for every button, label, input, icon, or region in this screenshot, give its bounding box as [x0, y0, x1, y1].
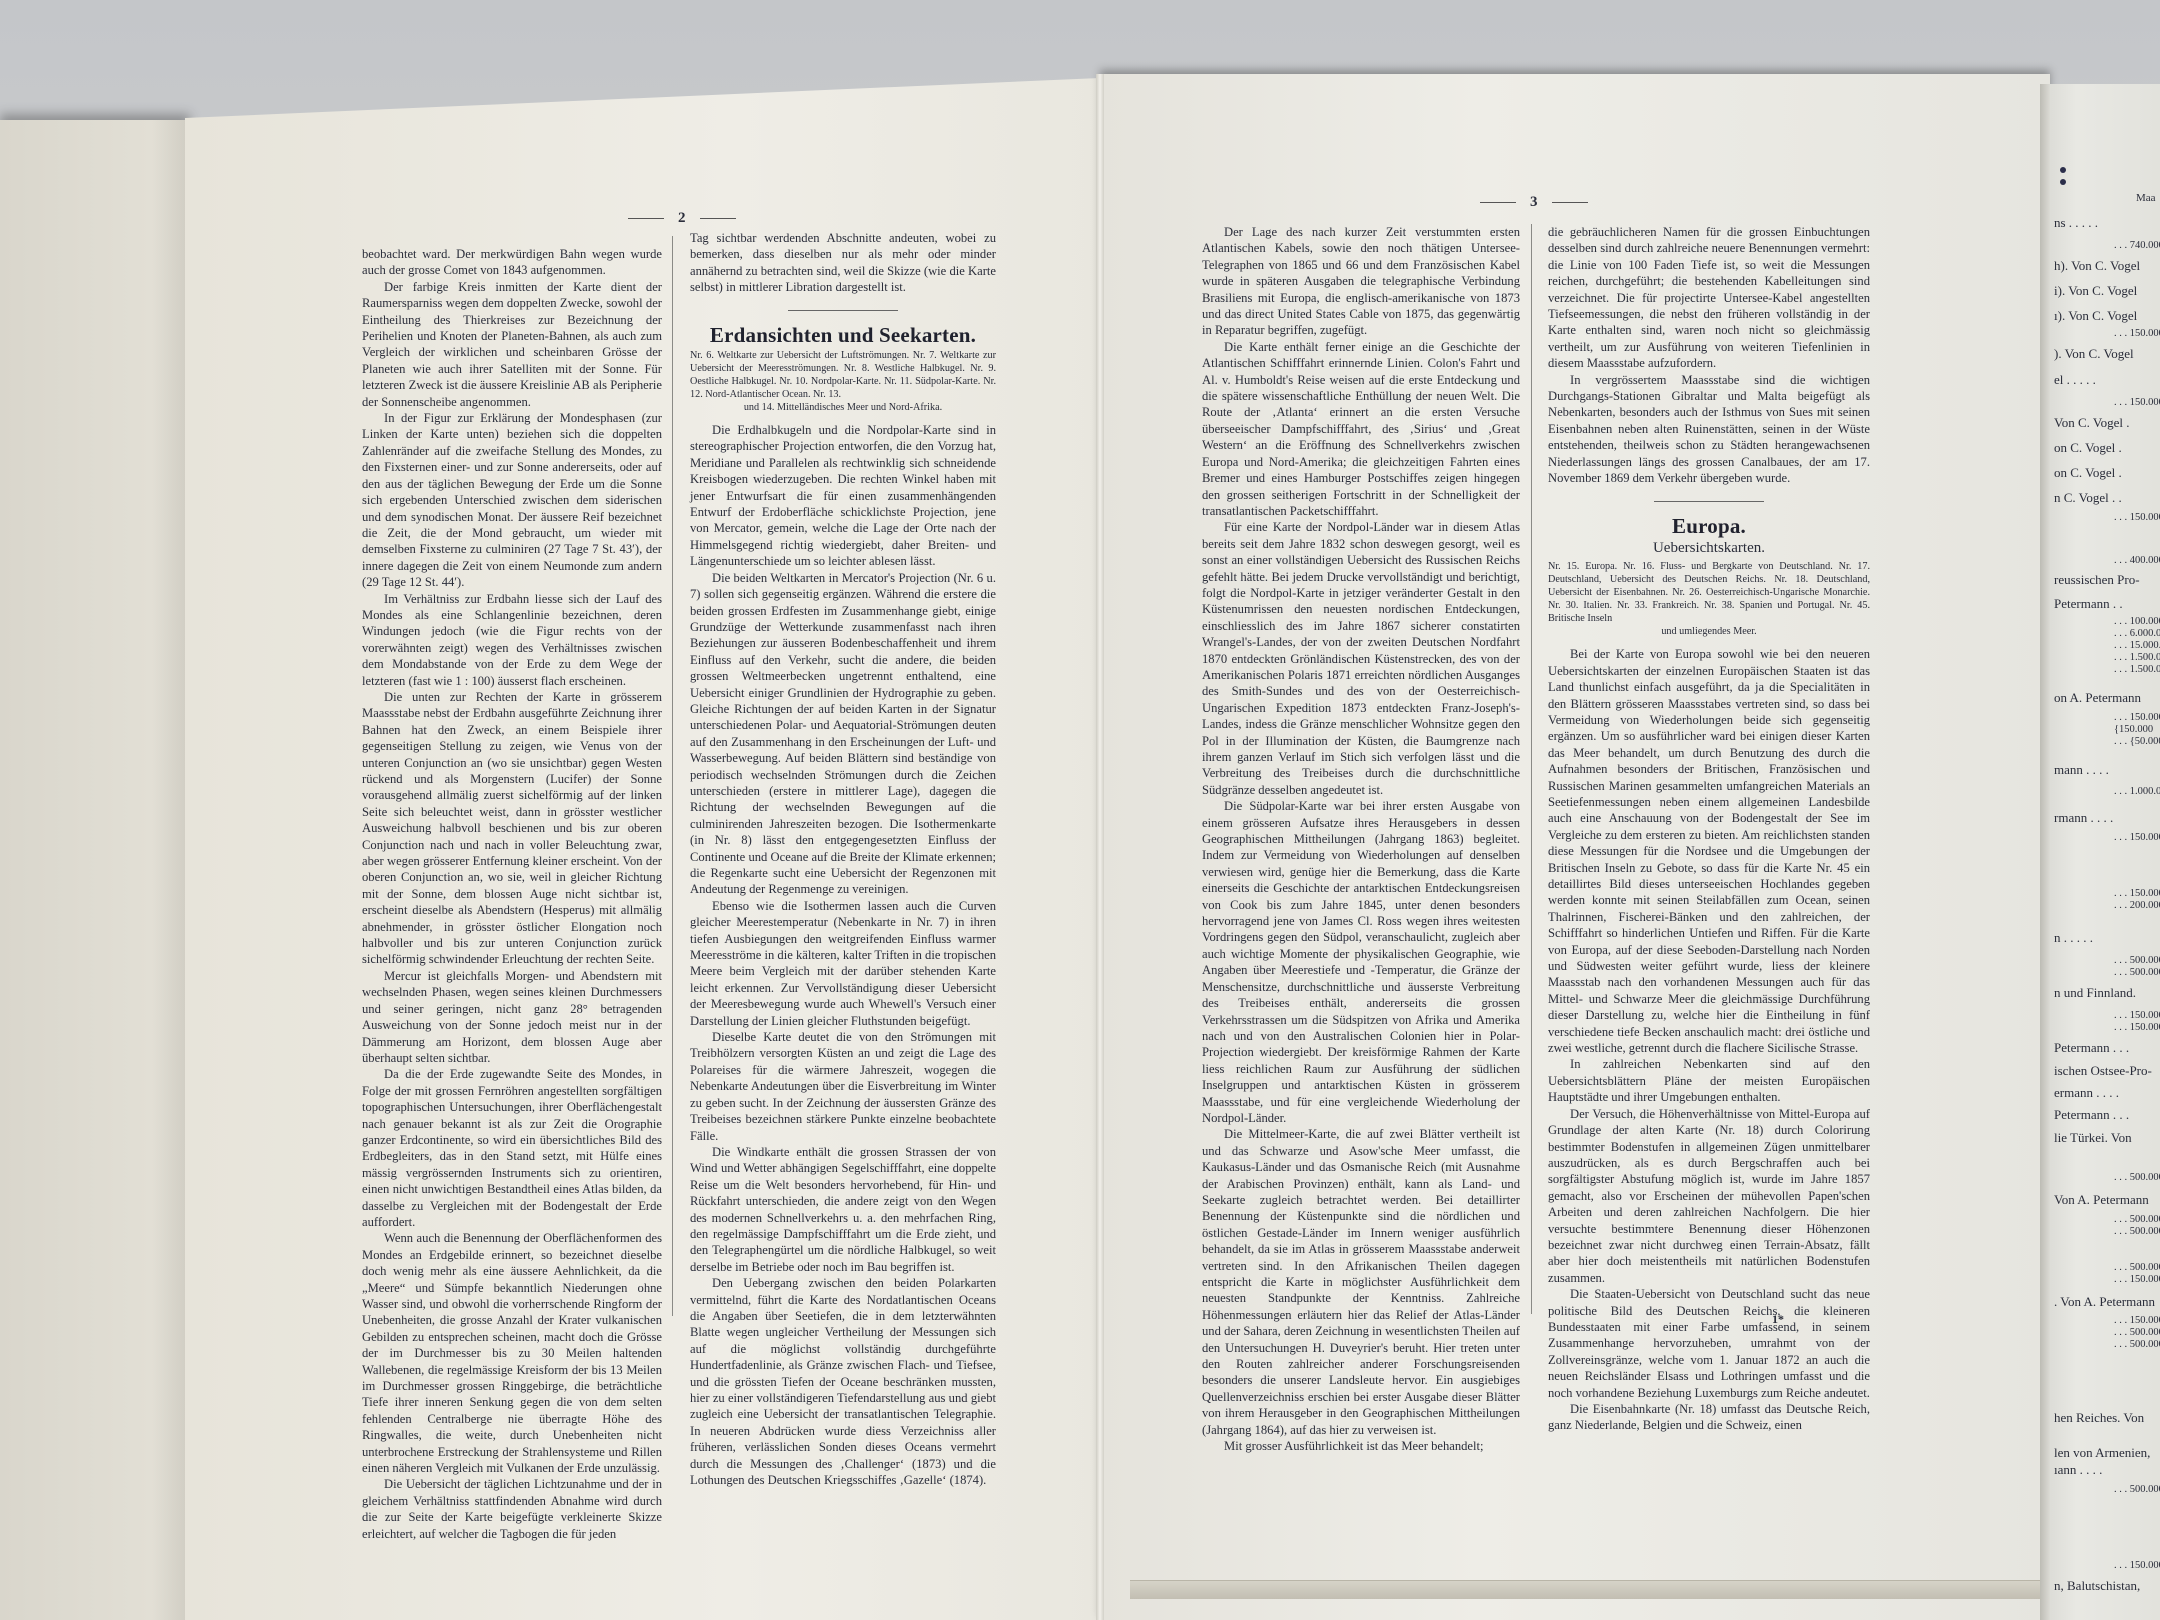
- next-page-strip: Maa ns . . . . .. . . 740.000h). Von C. …: [2040, 84, 2160, 1620]
- strip-text-line: on C. Vogel .: [2054, 465, 2122, 481]
- book-cover-edge: [0, 120, 190, 1620]
- strip-text-line: ns . . . . .: [2054, 215, 2098, 231]
- column-lead-text: Tag sichtbar werdenden Abschnitte andeut…: [690, 230, 996, 296]
- paragraph: Mit grosser Ausführlichkeit ist das Meer…: [1202, 1438, 1520, 1454]
- strip-text-line: . . . 150.000: [2114, 1010, 2160, 1021]
- section-rule: [1654, 501, 1764, 502]
- left-page-column-2: Tag sichtbar werdenden Abschnitte andeut…: [690, 230, 996, 1488]
- paragraph: Wenn auch die Benennung der Oberflächenf…: [362, 1230, 662, 1476]
- paragraph: Im Verhältniss zur Erdbahn liesse sich d…: [362, 591, 662, 689]
- paragraph: Die Eisenbahnkarte (Nr. 18) umfasst das …: [1548, 1401, 1870, 1434]
- column-divider: [672, 236, 673, 1316]
- strip-text-line: . . . 150.000: [2114, 888, 2160, 899]
- strip-text-line: mann . . . .: [2054, 762, 2109, 778]
- strip-text-line: lie Türkei. Von: [2054, 1130, 2132, 1146]
- column-divider: [1531, 224, 1532, 1314]
- section-title-erdansichten: Erdansichten und Seekarten.: [690, 327, 996, 343]
- printer-signature-mark: 1*: [1772, 1312, 1784, 1327]
- strip-text-line: ischen Ostsee-Pro-: [2054, 1063, 2152, 1079]
- paragraph: In zahlreichen Nebenkarten sind auf den …: [1548, 1056, 1870, 1105]
- paragraph: Die beiden Weltkarten in Mercator's Proj…: [690, 570, 996, 898]
- paragraph: Ebenso wie die Isothermen lassen auch di…: [690, 898, 996, 1029]
- strip-text-line: hen Reiches. Von: [2054, 1410, 2144, 1426]
- strip-text-line: Von C. Vogel .: [2054, 415, 2130, 431]
- strip-text-line: . . . 150.000: [2114, 1315, 2160, 1326]
- strip-text-line: . . . 150.000: [2114, 1022, 2160, 1033]
- strip-text-line: . . . 500.000: [2114, 1172, 2160, 1183]
- strip-text-line: ). Von C. Vogel: [2054, 346, 2134, 362]
- paragraph: Bei der Karte von Europa sowohl wie bei …: [1548, 646, 1870, 1056]
- paragraph: Die Erdhalbkugeln und die Nordpolar-Kart…: [690, 422, 996, 570]
- paragraph: Die Windkarte enthält die grossen Strass…: [690, 1144, 996, 1275]
- paragraph: Die Staaten-Uebersicht von Deutschland s…: [1548, 1286, 1870, 1401]
- right-page-folio: 3: [1480, 194, 1588, 211]
- strip-text-line: . . . 150.000: [2114, 1560, 2160, 1571]
- left-page-folio: 2: [628, 210, 736, 227]
- strip-text-line: n . . . . .: [2054, 930, 2093, 946]
- paragraph: Mercur ist gleichfalls Morgen- und Abend…: [362, 968, 662, 1066]
- strip-text-line: i). Von C. Vogel: [2054, 283, 2137, 299]
- strip-text-line: . . . 150.000: [2114, 512, 2160, 523]
- strip-text-line: . . . 150.000: [2114, 1274, 2160, 1285]
- section-rule: [788, 310, 898, 311]
- column-paragraphs: Bei der Karte von Europa sowohl wie bei …: [1548, 646, 1870, 1434]
- paragraph: Da die der Erde zugewandte Seite des Mon…: [362, 1066, 662, 1230]
- right-page-column-1: Der Lage des nach kurzer Zeit verstummte…: [1202, 224, 1520, 1454]
- paragraph: Der Versuch, die Höhenverhältnisse von M…: [1548, 1106, 1870, 1286]
- folio-rule: [1552, 202, 1588, 203]
- strip-text-line: . . . 500.000: [2114, 1339, 2160, 1350]
- paragraph: Die unten zur Rechten der Karte in gröss…: [362, 689, 662, 968]
- strip-text-line: ıann . . . .: [2054, 1462, 2102, 1478]
- strip-text-line: . . . 400.000: [2114, 555, 2160, 566]
- strip-text-line: . . . 200.000: [2114, 900, 2160, 911]
- strip-text-line: rmann . . . .: [2054, 810, 2113, 826]
- strip-text-line: Von A. Petermann: [2054, 1192, 2149, 1208]
- left-page-column-1: beobachtet ward. Der merkwürdigen Bahn w…: [362, 246, 662, 1542]
- strip-text-line: ermann . . . .: [2054, 1085, 2119, 1101]
- strip-text-line: reussischen Pro-: [2054, 572, 2140, 588]
- bullet-mark: [2060, 179, 2066, 185]
- strip-text-line: . . . 150.000: [2114, 832, 2160, 843]
- strip-text-line: . . . {50.000: [2114, 736, 2160, 747]
- strip-text-line: . . . 500.000: [2114, 1226, 2160, 1237]
- strip-text-line: . . . 150.000: [2114, 712, 2160, 723]
- strip-header: Maa: [2136, 192, 2156, 204]
- strip-text-line: . . . 1.000.000: [2114, 786, 2160, 797]
- paragraph: Dieselbe Karte deutet die von den Strömu…: [690, 1029, 996, 1144]
- folio-rule: [1480, 202, 1516, 203]
- paragraph: beobachtet ward. Der merkwürdigen Bahn w…: [362, 246, 662, 279]
- strip-text-line: n, Balutschistan,: [2054, 1578, 2140, 1594]
- strip-text-line: on C. Vogel .: [2054, 440, 2122, 456]
- strip-text-line: . . . 500.000: [2114, 1214, 2160, 1225]
- map-list: Nr. 6. Weltkarte zur Uebersicht der Luft…: [690, 349, 996, 414]
- strip-text-line: . . . 500.000: [2114, 1262, 2160, 1273]
- map-list: Nr. 15. Europa. Nr. 16. Fluss- und Bergk…: [1548, 560, 1870, 638]
- strip-text-line: n C. Vogel . .: [2054, 490, 2122, 506]
- map-list-text: Nr. 15. Europa. Nr. 16. Fluss- und Bergk…: [1548, 561, 1870, 624]
- paragraph: Die Südpolar-Karte war bei ihrer ersten …: [1202, 798, 1520, 1126]
- paragraph: Die Uebersicht der täglichen Lichtzunahm…: [362, 1476, 662, 1542]
- paragraph: Der Lage des nach kurzer Zeit verstummte…: [1202, 224, 1520, 339]
- folio-rule: [628, 218, 664, 219]
- strip-text-line: . . . 500.000: [2114, 1327, 2160, 1338]
- strip-text-line: . . . 6.000.000: [2114, 628, 2160, 639]
- strip-text-line: el . . . . .: [2054, 372, 2096, 388]
- strip-text-line: . Von A. Petermann: [2054, 1294, 2155, 1310]
- column-lead-text: die gebräuchlicheren Namen für die gross…: [1548, 224, 1870, 372]
- folio-rule: [700, 218, 736, 219]
- strip-text-line: Petermann . . .: [2054, 1040, 2129, 1056]
- strip-text-line: Petermann . . .: [2054, 1107, 2129, 1123]
- paragraph: Den Uebergang zwischen den beiden Polark…: [690, 1275, 996, 1488]
- right-folio-number: 3: [1530, 194, 1538, 211]
- strip-text-line: . . . 500.000: [2114, 967, 2160, 978]
- page-stack-bottom-edge: [1130, 1580, 2040, 1599]
- strip-text-line: . . . 1.500.000: [2114, 664, 2160, 675]
- section-subtitle: Uebersichtskarten.: [1548, 540, 1870, 556]
- strip-text-line: h). Von C. Vogel: [2054, 258, 2140, 274]
- strip-text-line: . . . 100.000: [2114, 616, 2160, 627]
- paragraph: Der farbige Kreis inmitten der Karte die…: [362, 279, 662, 410]
- strip-text-line: on A. Petermann: [2054, 690, 2141, 706]
- paragraph: Die Karte enthält ferner einige an die G…: [1202, 339, 1520, 519]
- map-list-last: und umliegendes Meer.: [1548, 625, 1870, 638]
- strip-text-line: . . . 740.000: [2114, 240, 2160, 251]
- bullet-mark: [2060, 167, 2066, 173]
- column-paragraphs: Die Erdhalbkugeln und die Nordpolar-Kart…: [690, 422, 996, 1488]
- strip-text-line: len von Armenien,: [2054, 1445, 2150, 1461]
- strip-text-line: {150.000: [2114, 724, 2153, 735]
- strip-text-line: n und Finnland.: [2054, 985, 2136, 1001]
- map-list-text: Nr. 6. Weltkarte zur Uebersicht der Luft…: [690, 350, 996, 400]
- strip-text-line: Petermann . .: [2054, 596, 2123, 612]
- right-page-column-2: die gebräuchlicheren Namen für die gross…: [1548, 224, 1870, 1434]
- strip-text-line: . . . 15.000.000: [2114, 640, 2160, 651]
- strip-text-line: . . . 500.000: [2114, 1484, 2160, 1495]
- paragraph: Die Mittelmeer-Karte, die auf zwei Blätt…: [1202, 1126, 1520, 1438]
- section-title-europa: Europa.: [1548, 518, 1870, 534]
- strip-text-line: . . . 1.500.000: [2114, 652, 2160, 663]
- left-folio-number: 2: [678, 210, 686, 227]
- book-gutter: [1096, 74, 1104, 1620]
- paragraph: In der Figur zur Erklärung der Mondespha…: [362, 410, 662, 590]
- strip-text-line: ı). Von C. Vogel: [2054, 308, 2137, 324]
- strip-text-line: . . . 150.000: [2114, 328, 2160, 339]
- column-lead-text-2: In vergrössertem Maassstabe sind die wic…: [1548, 372, 1870, 487]
- strip-text-line: . . . 500.000: [2114, 955, 2160, 966]
- map-list-last: und 14. Mittelländisches Meer und Nord-A…: [690, 401, 996, 414]
- strip-text-line: . . . 150.000: [2114, 397, 2160, 408]
- paragraph: Für eine Karte der Nordpol-Länder war in…: [1202, 519, 1520, 798]
